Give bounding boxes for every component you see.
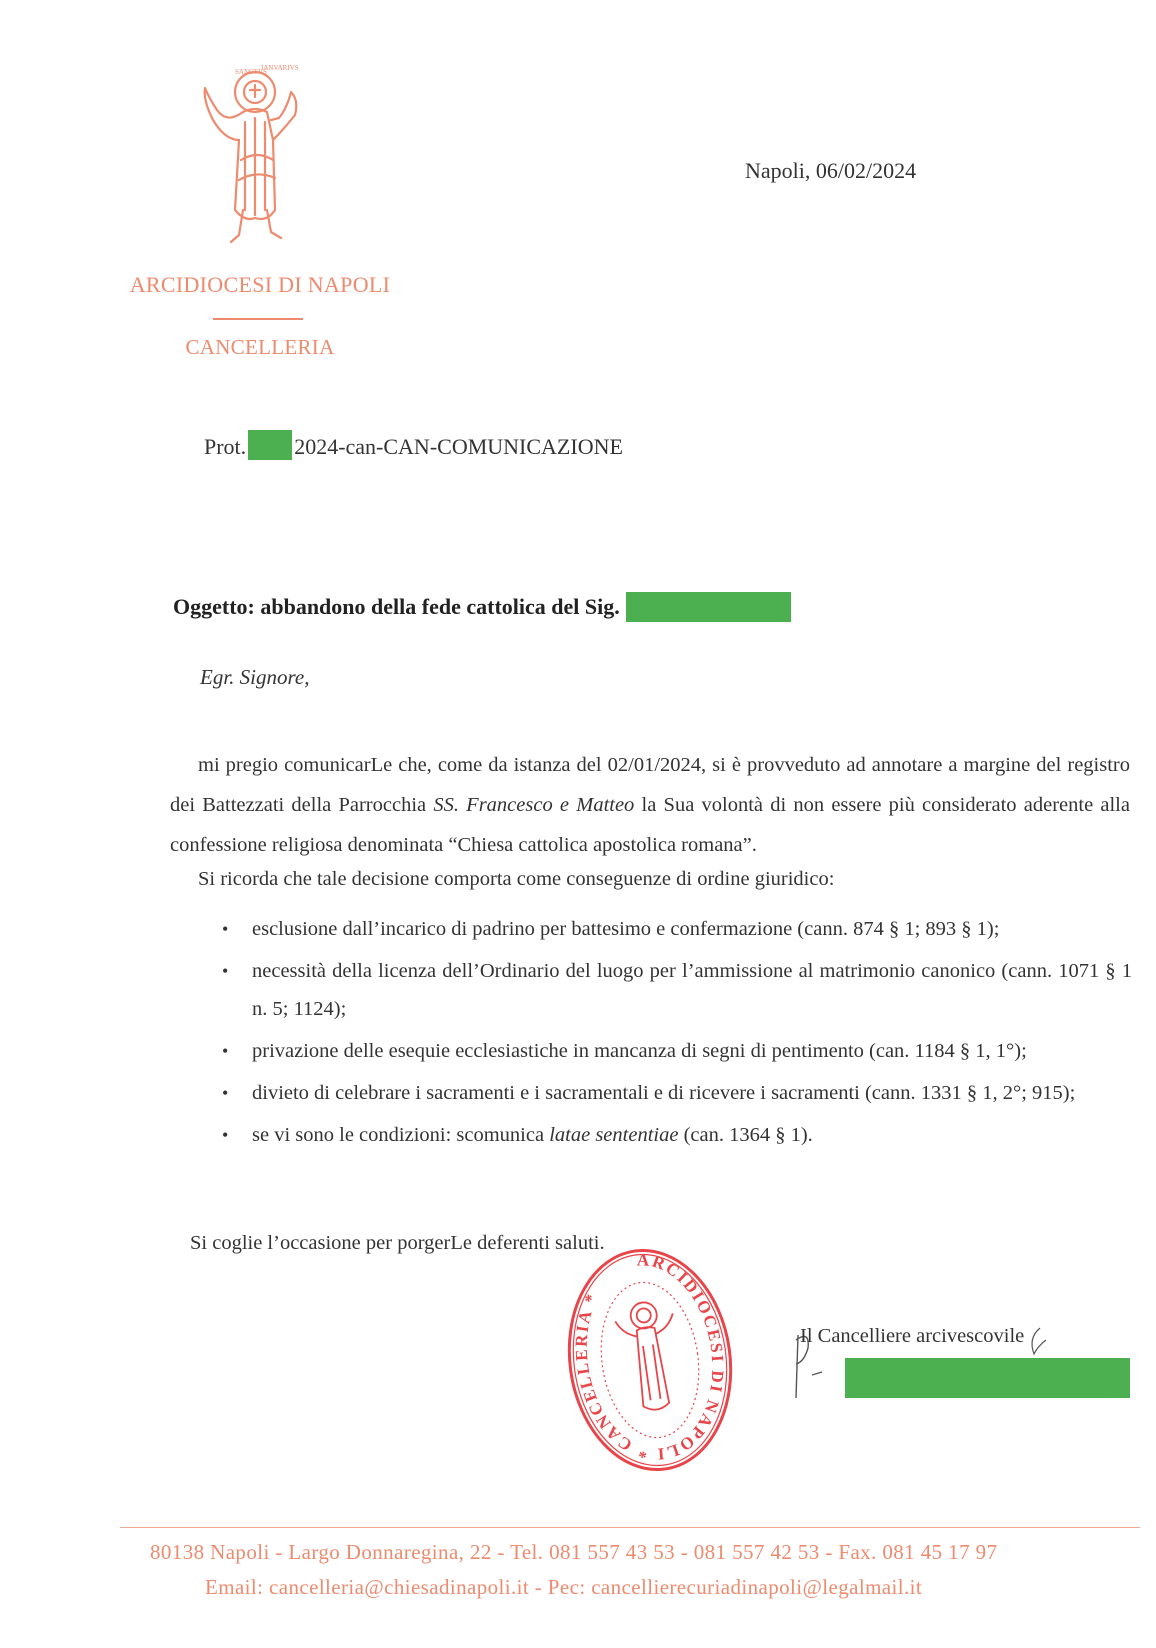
bullet-icon: • bbox=[222, 1074, 228, 1112]
redacted-recipient-name bbox=[626, 592, 791, 622]
protocol-number: Prot. 2024-can-CAN-COMUNICAZIONE bbox=[204, 430, 623, 460]
bullet-icon: • bbox=[222, 1032, 228, 1070]
list-item: •privazione delle esequie ecclesiastiche… bbox=[222, 1032, 1132, 1070]
org-name: ARCIDIOCESI DI NAPOLI bbox=[110, 272, 410, 298]
official-stamp: ARCIDIOCESI DI NAPOLI * CANCELLERIA * bbox=[565, 1245, 735, 1475]
subject-text: Oggetto: abbandono della fede cattolica … bbox=[173, 594, 620, 620]
redacted-signatory-name bbox=[845, 1358, 1130, 1398]
redacted-protocol-number bbox=[248, 430, 292, 460]
protocol-suffix: 2024-can-CAN-COMUNICAZIONE bbox=[294, 434, 623, 460]
bullet-icon: • bbox=[222, 952, 228, 990]
parish-name: SS. Francesco e Matteo bbox=[433, 794, 634, 816]
chancery-seal-icon: ARCIDIOCESI DI NAPOLI * CANCELLERIA * bbox=[565, 1245, 735, 1475]
body-paragraph-notification: mi pregio comunicarLe che, come da istan… bbox=[170, 745, 1130, 865]
list-item: •necessità della licenza dell’Ordinario … bbox=[222, 952, 1132, 1028]
saint-januarius-figure-icon: SANCTVS IANVARIVS bbox=[195, 60, 315, 255]
closing-line: Si coglie l’occasione per porgerLe defer… bbox=[190, 1232, 605, 1255]
department-name: CANCELLERIA bbox=[110, 335, 410, 360]
footer-address-phone: 80138 Napoli - Largo Donnaregina, 22 - T… bbox=[150, 1540, 1110, 1565]
letter-date: Napoli, 06/02/2024 bbox=[745, 158, 916, 184]
salutation: Egr. Signore, bbox=[200, 665, 309, 690]
consequences-list: •esclusione dall’incarico di padrino per… bbox=[222, 910, 1132, 1158]
signatory-title: Il Cancelliere arcivescovile bbox=[800, 1325, 1024, 1348]
body-paragraph-consequences-intro: Si ricorda che tale decisione comporta c… bbox=[198, 868, 834, 891]
svg-text:IANVARIVS: IANVARIVS bbox=[261, 64, 299, 72]
footer-email-pec: Email: cancelleria@chiesadinapoli.it - P… bbox=[205, 1575, 1105, 1600]
bullet-icon: • bbox=[222, 910, 228, 948]
bullet-icon: • bbox=[222, 1116, 228, 1154]
archdiocese-logo: SANCTVS IANVARIVS bbox=[195, 60, 315, 255]
list-item: •divieto di celebrare i sacramenti e i s… bbox=[222, 1074, 1132, 1112]
footer-divider bbox=[120, 1527, 1140, 1528]
letterhead-divider bbox=[213, 318, 303, 320]
protocol-prefix: Prot. bbox=[204, 434, 246, 460]
list-item: •esclusione dall’incarico di padrino per… bbox=[222, 910, 1132, 948]
subject-line: Oggetto: abbandono della fede cattolica … bbox=[173, 592, 791, 622]
list-item: •se vi sono le condizioni: scomunica lat… bbox=[222, 1116, 1132, 1154]
